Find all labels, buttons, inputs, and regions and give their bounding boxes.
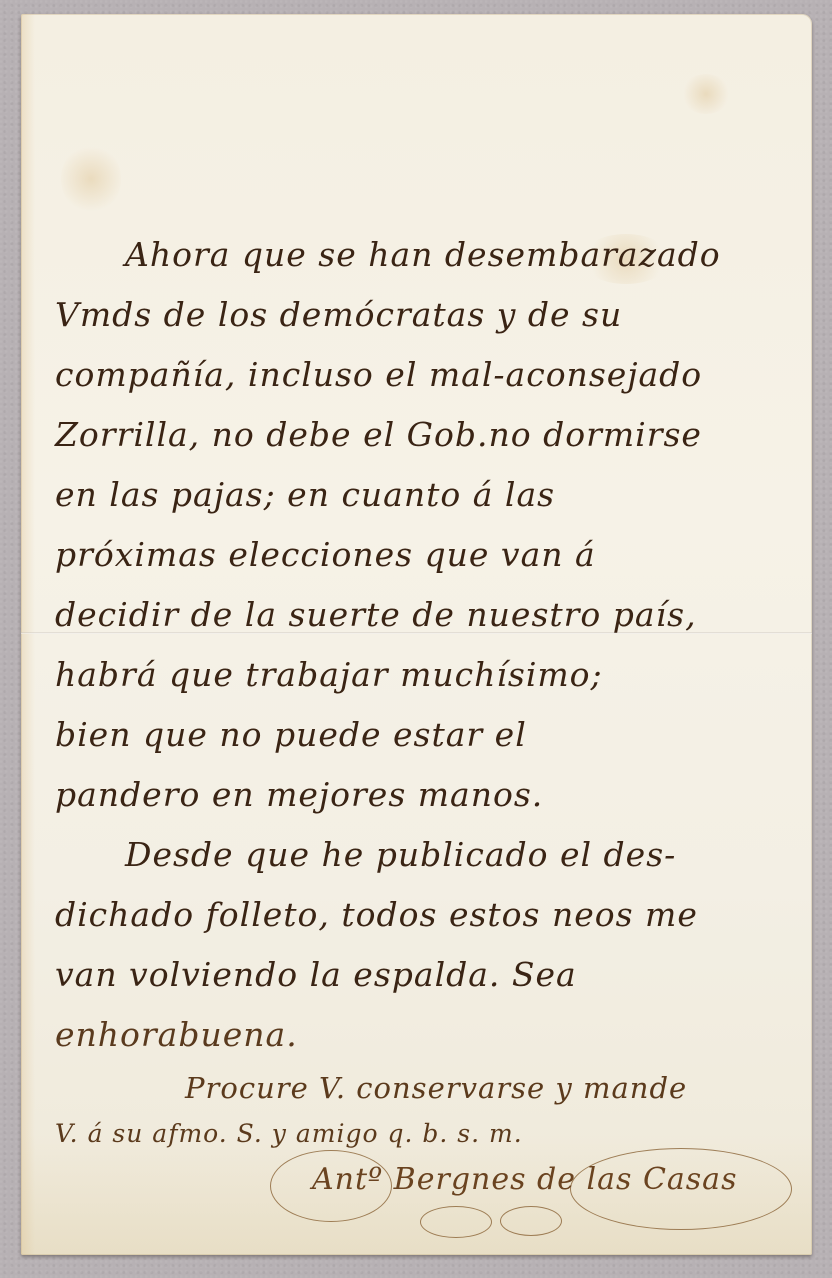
paper-stain [681,74,731,114]
paragraph-2: Desde que he publicado el des- dichado f… [55,825,795,1065]
text-line: compañía, incluso el mal-aconsejado [55,345,795,405]
text-line: dichado folleto, todos estos neos me [55,885,795,945]
signature-flourish [420,1206,492,1238]
text-line: Zorrilla, no debe el Gob.no dormirse [55,405,795,465]
text-line: Desde que he publicado el des- [55,825,795,885]
signature-flourish [500,1206,562,1236]
text-line: Vmds de los demócratas y de su [55,285,795,345]
text-line: habrá que trabajar muchísimo; [55,645,795,705]
text-line: decidir de la suerte de nuestro país, [55,585,795,645]
paper-stain [61,144,121,214]
text-line: pandero en mejores manos. [55,765,795,825]
text-line: enhorabuena. [55,1005,795,1065]
text-line: próximas elecciones que van á [55,525,795,585]
signature: Antº Bergnes de las Casas [312,1162,737,1197]
closing: Procure V. conservarse y mande V. á su a… [55,1065,795,1157]
text-line: Procure V. conservarse y mande [55,1065,795,1111]
letter-body: Ahora que se han desembarazado Vmds de l… [55,225,795,1157]
text-line: en las pajas; en cuanto á las [55,465,795,525]
text-line: Ahora que se han desembarazado [55,225,795,285]
text-line: bien que no puede estar el [55,705,795,765]
paragraph-1: Ahora que se han desembarazado Vmds de l… [55,225,795,825]
signature-block: Antº Bergnes de las Casas [270,1148,790,1238]
text-line: van volviendo la espalda. Sea [55,945,795,1005]
